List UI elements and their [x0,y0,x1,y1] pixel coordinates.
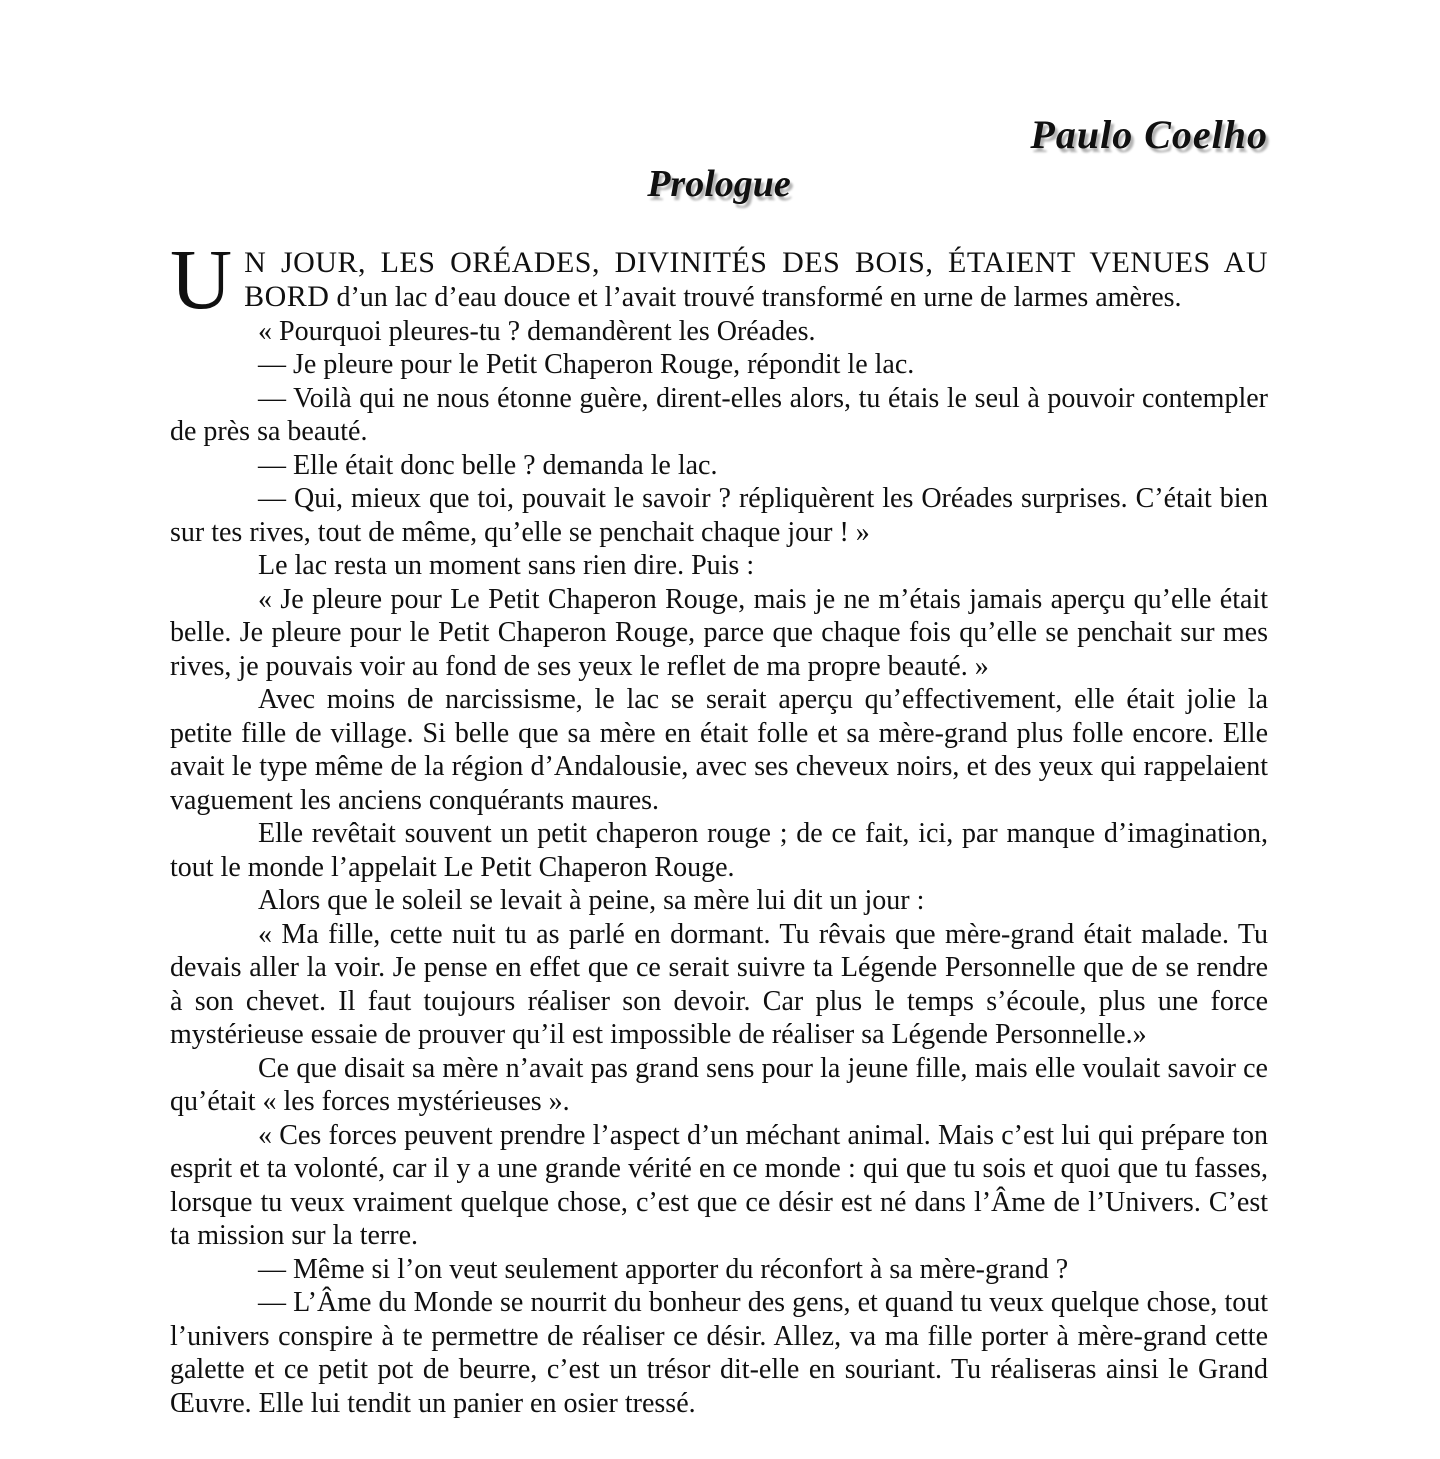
paragraph: « Ma fille, cette nuit tu as parlé en do… [170,918,1268,1052]
paragraph: « Pourquoi pleures-tu ? demandèrent les … [170,315,1268,349]
paragraph: Elle revêtait souvent un petit chaperon … [170,817,1268,884]
paragraph: — L’Âme du Monde se nourrit du bonheur d… [170,1286,1268,1420]
body-text: UN JOUR, LES ORÉADES, DIVINITÉS DES BOIS… [170,246,1268,1421]
paragraph-opening: UN JOUR, LES ORÉADES, DIVINITÉS DES BOIS… [170,246,1268,315]
paragraph: « Je pleure pour Le Petit Chaperon Rouge… [170,583,1268,684]
document-page: Paulo Coelho Prologue UN JOUR, LES ORÉAD… [0,0,1440,1459]
paragraph: Avec moins de narcissisme, le lac se ser… [170,683,1268,817]
chapter-title: Prologue [170,164,1268,206]
paragraph: — Voilà qui ne nous étonne guère, dirent… [170,382,1268,449]
dropcap-letter: U [170,246,244,310]
paragraph: Le lac resta un moment sans rien dire. P… [170,549,1268,583]
paragraph: — Qui, mieux que toi, pouvait le savoir … [170,482,1268,549]
paragraph: Alors que le soleil se levait à peine, s… [170,884,1268,918]
opening-rest-text: d’un lac d’eau douce et l’avait trouvé t… [336,282,1181,313]
paragraph: — Je pleure pour le Petit Chaperon Rouge… [170,348,1268,382]
author-signature: Paulo Coelho [170,112,1268,158]
paragraph: « Ces forces peuvent prendre l’aspect d’… [170,1119,1268,1253]
paragraph: — Même si l’on veut seulement apporter d… [170,1253,1268,1287]
paragraph: Ce que disait sa mère n’avait pas grand … [170,1052,1268,1119]
paragraph: — Elle était donc belle ? demanda le lac… [170,449,1268,483]
